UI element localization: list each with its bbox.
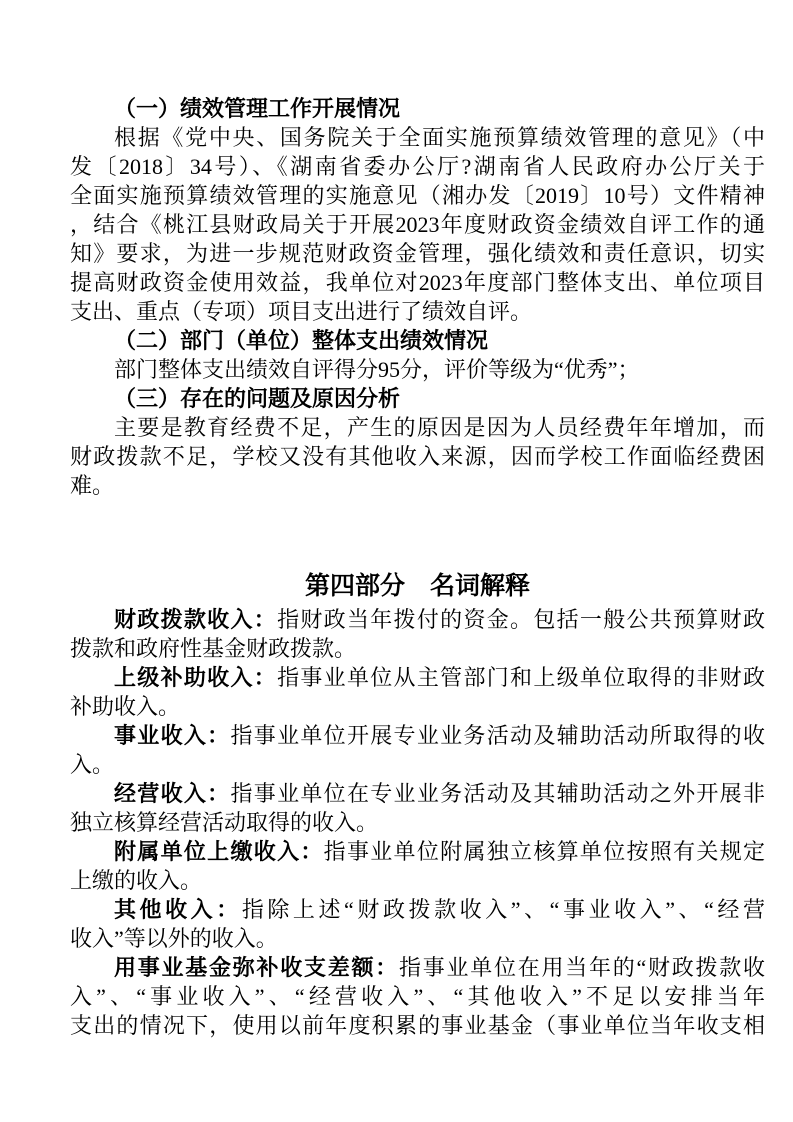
glossary-term: 附属单位上缴收入： — [114, 839, 324, 864]
glossary-entry-line: 补助收入。 — [70, 692, 765, 721]
glossary-definition: 指事业单位从主管部门和上级单位取得的非财政 — [277, 665, 765, 690]
glossary-entry-line: 其他收入：指除上述“财政拨款收入”、“事业收入”、“经营 — [70, 895, 765, 924]
paragraph-line: 财政拨款不足，学校又没有其他收入来源，因而学校工作面临经费困 — [70, 442, 765, 471]
glossary-entry-line: 收入”等以外的收入。 — [70, 924, 765, 953]
part-four-title: 第四部分 名词解释 — [70, 569, 765, 605]
glossary-entry-line: 经营收入：指事业单位在专业业务活动及其辅助活动之外开展非 — [70, 779, 765, 808]
section-two-heading: （二）部门（单位）整体支出绩效情况 — [70, 326, 765, 355]
glossary-entry-line: 入”、“事业收入”、“经营收入”、“其他收入”不足以安排当年 — [70, 982, 765, 1011]
glossary-definition: 指事业单位在用当年的“财政拨款收 — [399, 955, 765, 980]
glossary-term: 用事业基金弥补收支差额： — [114, 955, 399, 980]
glossary-entry-line: 附属单位上缴收入：指事业单位附属独立核算单位按照有关规定 — [70, 837, 765, 866]
glossary-entry-line: 财政拨款收入：指财政当年拨付的资金。包括一般公共预算财政 — [70, 605, 765, 634]
paragraph-line: 难。 — [70, 471, 765, 500]
paragraph-line: 全面实施预算绩效管理的实施意见（湘办发〔2019〕10号）文件精神 — [70, 181, 765, 210]
glossary-term: 经营收入： — [114, 781, 230, 806]
paragraph-line: 主要是教育经费不足，产生的原因是因为人员经费年年增加，而 — [70, 413, 765, 442]
glossary-entry-line: 入。 — [70, 750, 765, 779]
glossary-entry-line: 支出的情况下，使用以前年度积累的事业基金（事业单位当年收支相 — [70, 1011, 765, 1040]
glossary-definition: 指事业单位开展专业业务活动及辅助活动所取得的收 — [230, 723, 765, 748]
paragraph-line: 支出、重点（专项）项目支出进行了绩效自评。 — [70, 297, 765, 326]
glossary-entry-line: 拨款和政府性基金财政拨款。 — [70, 634, 765, 663]
glossary-entry-line: 上级补助收入：指事业单位从主管部门和上级单位取得的非财政 — [70, 663, 765, 692]
glossary-term: 事业收入： — [114, 723, 230, 748]
paragraph-line: 提高财政资金使用效益，我单位对2023年度部门整体支出、单位项目 — [70, 268, 765, 297]
paragraph-line: 根据《党中央、国务院关于全面实施预算绩效管理的意见》（中 — [70, 123, 765, 152]
glossary-definition: 指事业单位在专业业务活动及其辅助活动之外开展非 — [230, 781, 765, 806]
glossary-entry-line: 用事业基金弥补收支差额：指事业单位在用当年的“财政拨款收 — [70, 953, 765, 982]
glossary-term: 其他收入： — [114, 897, 242, 922]
section-one-heading: （一）绩效管理工作开展情况 — [70, 94, 765, 123]
glossary-definition: 指财政当年拨付的资金。包括一般公共预算财政 — [277, 607, 765, 632]
glossary-definition: 指除上述“财政拨款收入”、“事业收入”、“经营 — [242, 897, 765, 922]
glossary-entry-line: 上缴的收入。 — [70, 866, 765, 895]
document-page: （一）绩效管理工作开展情况 根据《党中央、国务院关于全面实施预算绩效管理的意见》… — [0, 0, 793, 1122]
section-three-heading: （三）存在的问题及原因分析 — [70, 384, 765, 413]
glossary-term: 上级补助收入： — [114, 665, 277, 690]
glossary-term: 财政拨款收入： — [114, 607, 277, 632]
paragraph-line: 部门整体支出绩效自评得分95分，评价等级为“优秀”； — [70, 355, 765, 384]
glossary-entry-line: 事业收入：指事业单位开展专业业务活动及辅助活动所取得的收 — [70, 721, 765, 750]
glossary-definition: 指事业单位附属独立核算单位按照有关规定 — [324, 839, 765, 864]
glossary-entry-line: 独立核算经营活动取得的收入。 — [70, 808, 765, 837]
paragraph-line: 知》要求，为进一步规范财政资金管理，强化绩效和责任意识，切实 — [70, 239, 765, 268]
paragraph-line: ，结合《桃江县财政局关于开展2023年度财政资金绩效自评工作的通 — [70, 210, 765, 239]
paragraph-line: 发〔2018〕34号）、《湖南省委办公厅?湖南省人民政府办公厅关于 — [70, 152, 765, 181]
page-content: （一）绩效管理工作开展情况 根据《党中央、国务院关于全面实施预算绩效管理的意见》… — [70, 94, 765, 1040]
